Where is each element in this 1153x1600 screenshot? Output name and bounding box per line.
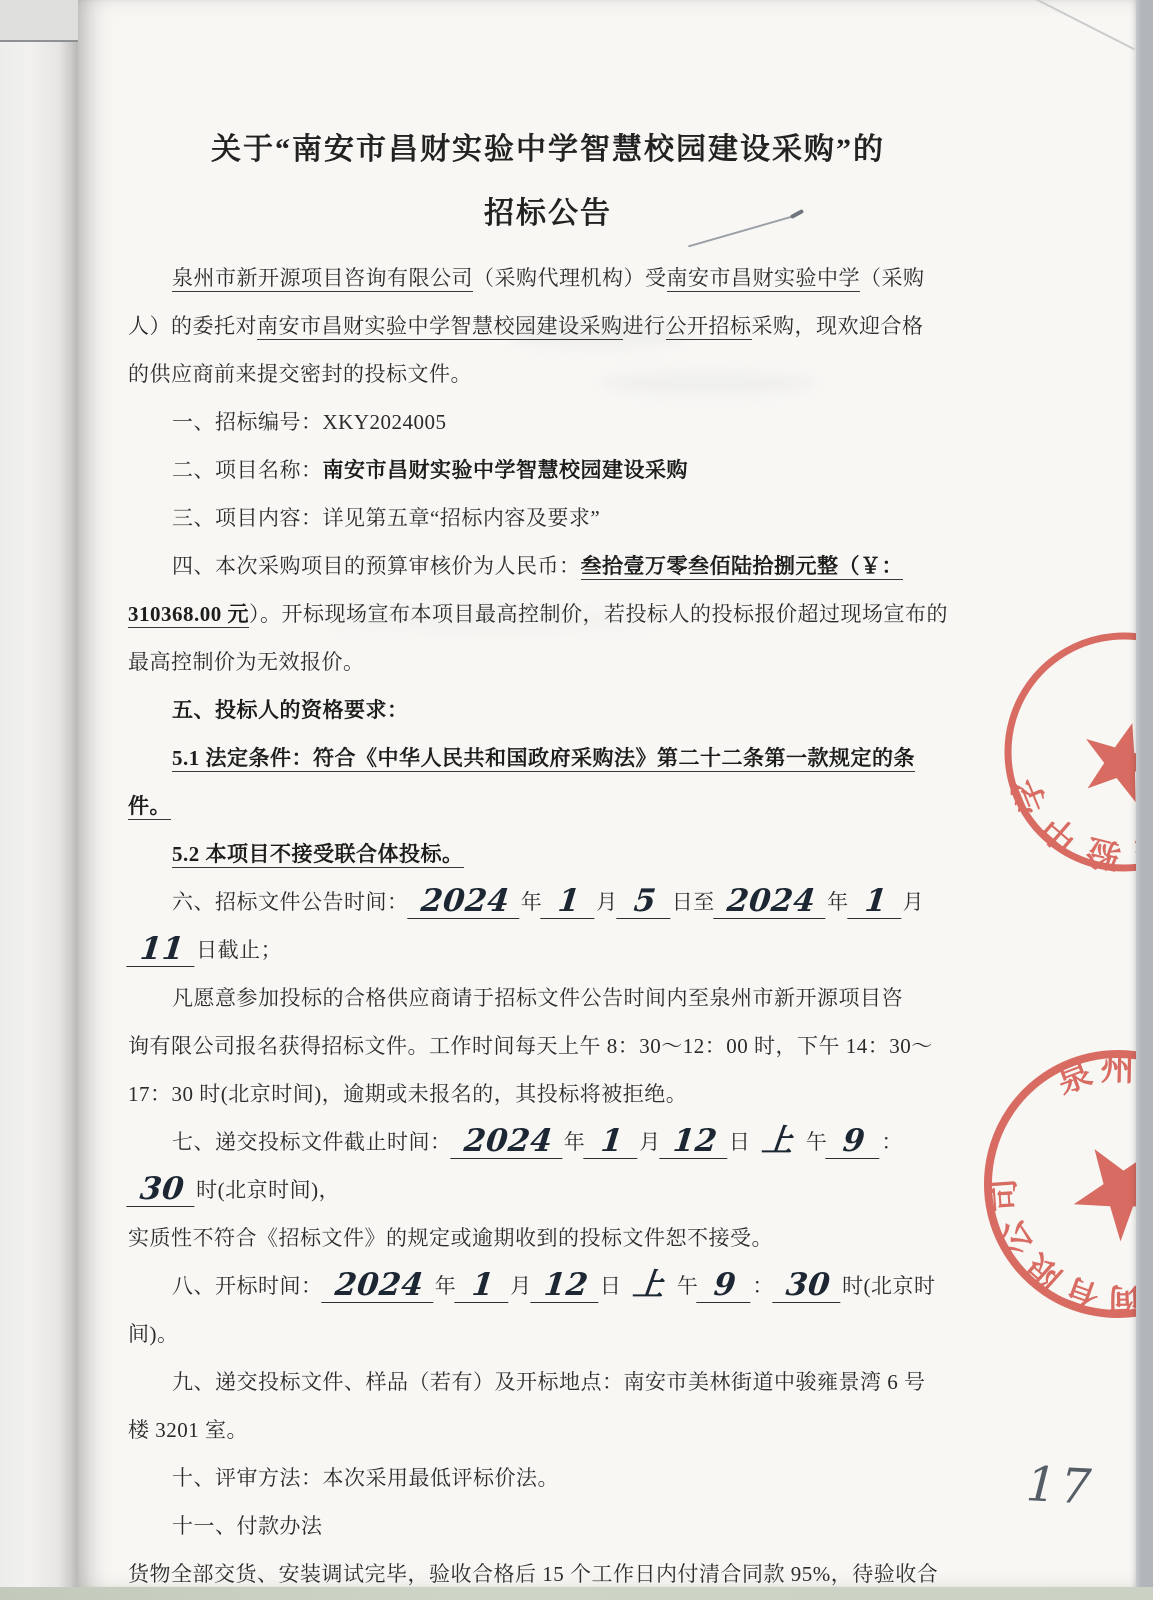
document-text: 关于“南安市昌财实验中学智慧校园建设采购”的 招标公告 泉州市新开源项目咨询有限… — [128, 118, 968, 1588]
paragraph: 十、评审方法：本次采用最低评标价法。 — [128, 1454, 968, 1502]
text-segment: 件。 — [128, 794, 171, 820]
paragraph: 件。 — [128, 782, 968, 830]
text-segment: 午 — [806, 1130, 828, 1154]
text-segment: 南安市昌财实验中学智慧校园建设采购 — [257, 314, 623, 340]
handwritten-entry: 9 — [826, 1126, 883, 1159]
paragraph: 九、递交投标文件、样品（若有）及开标地点：南安市美林街道中骏雍景湾 6 号 — [128, 1358, 968, 1406]
text-segment: 叁拾壹万零叁佰陆拾捌元整（￥： — [581, 554, 904, 580]
paragraph: 5.1 法定条件：符合《中华人民共和国政府采购法》第二十二条第一款规定的条 — [128, 734, 968, 782]
star-icon — [1073, 712, 1136, 806]
text-segment: 泉州市新开源项目咨询有限公司 — [172, 266, 473, 292]
text-segment: 最高控制价为无效报价。 — [128, 650, 365, 674]
paragraph: 七、递交投标文件截止时间：2024年1月12日上午9：30时(北京时间)， — [128, 1118, 968, 1214]
text-segment: 时(北京时间)， — [196, 1178, 340, 1202]
text-segment: 5.1 法定条件：符合《中华人民共和国政府采购法》第二十二条第一款规定的条 — [172, 746, 915, 772]
paragraph: 三、项目内容：详见第五章“招标内容及要求” — [128, 494, 968, 542]
text-segment: 十一、付款办法 — [172, 1514, 323, 1538]
handwritten-entry: 2024 — [450, 1126, 566, 1159]
handwritten-entry: 上 — [620, 1270, 679, 1302]
handwritten-entry: 2024 — [713, 886, 829, 919]
text-segment: 日 — [600, 1274, 622, 1298]
text-segment: 六、招标文件公告时间： — [172, 890, 409, 914]
scanned-document-page: 关于“南安市昌财实验中学智慧校园建设采购”的 招标公告 泉州市新开源项目咨询有限… — [78, 0, 1136, 1588]
paragraph: 楼 3201 室。 — [128, 1406, 968, 1454]
paragraph: 十一、付款办法 — [128, 1502, 968, 1550]
text-segment: 三、项目内容：详见第五章“招标内容及要求” — [172, 506, 600, 530]
text-segment: 310368.00 元 — [128, 602, 249, 628]
text-segment: 17：30 时(北京时间)，逾期或未报名的，其投标将被拒绝。 — [128, 1082, 687, 1106]
text-segment: 货物全部交货、安装调试完毕，验收合格后 15 个工作日内付清合同款 95%，待验… — [128, 1562, 938, 1586]
handwritten-entry: 2024 — [321, 1270, 437, 1303]
text-segment: 的供应商前来提交密封的投标文件。 — [128, 362, 472, 386]
paragraph: 凡愿意参加投标的合格供应商请于招标文件公告时间内至泉州市新开源项目咨 — [128, 974, 968, 1022]
text-segment: （采购 — [860, 266, 925, 290]
text-segment: 十、评审方法：本次采用最低评标价法。 — [172, 1466, 559, 1490]
text-segment: 进行 — [623, 314, 666, 338]
paragraph: 17：30 时(北京时间)，逾期或未报名的，其投标将被拒绝。 — [128, 1070, 968, 1118]
paragraph: 实质性不符合《招标文件》的规定或逾期收到的投标文件恕不接受。 — [128, 1214, 968, 1262]
underlying-page-top — [0, 0, 78, 40]
handwritten-entry: 1 — [847, 886, 904, 919]
text-segment: 九、递交投标文件、样品（若有）及开标地点：南安市美林街道中骏雍景湾 6 号 — [172, 1370, 926, 1394]
handwritten-entry: 9 — [697, 1270, 754, 1303]
text-segment: 实质性不符合《招标文件》的规定或逾期收到的投标文件恕不接受。 — [128, 1226, 773, 1250]
text-segment: 月 — [639, 1130, 661, 1154]
text-segment: 年 — [564, 1130, 586, 1154]
text-segment: （采购代理机构）受 — [473, 266, 667, 290]
handwritten-entry: 1 — [541, 886, 598, 919]
paragraph: 八、开标时间：2024年1月12日上午9：30时(北京时间)。 — [128, 1262, 968, 1358]
paragraph: 最高控制价为无效报价。 — [128, 638, 968, 686]
paragraph: 五、投标人的资格要求： — [128, 686, 968, 734]
text-segment: 八、开标时间： — [172, 1274, 323, 1298]
handwritten-entry: 1 — [455, 1270, 512, 1303]
text-segment: 询有限公司报名获得招标文件。工作时间每天上午 8：30～12：00 时，下午 1… — [128, 1034, 933, 1058]
text-segment: 月 — [596, 890, 618, 914]
text-segment: 年 — [435, 1274, 457, 1298]
text-segment: 月 — [903, 890, 925, 914]
text-segment: 年 — [521, 890, 543, 914]
paragraph: 二、项目名称：南安市昌财实验中学智慧校园建设采购 — [128, 446, 968, 494]
handwritten-entry: 30 — [772, 1270, 844, 1303]
official-seal-agency: 泉州市新开源项目咨询有限公司 — [970, 1036, 1136, 1332]
text-segment: 楼 3201 室。 — [128, 1418, 248, 1442]
handwritten-entry: 2024 — [407, 886, 523, 919]
paragraph: 泉州市新开源项目咨询有限公司（采购代理机构）受南安市昌财实验中学（采购 — [128, 254, 968, 302]
text-segment: 一、招标编号：XKY2024005 — [172, 410, 447, 434]
text-segment: 采购，现欢迎合格 — [752, 314, 924, 338]
handwritten-entry: 5 — [616, 886, 673, 919]
text-segment: 二、项目名称： — [172, 458, 323, 482]
page-stack-edge — [1136, 0, 1145, 1588]
handwritten-entry: 30 — [126, 1174, 198, 1207]
document-title-line1: 关于“南安市昌财实验中学智慧校园建设采购”的 — [128, 118, 968, 182]
scanner-bottom-strip — [0, 1587, 1153, 1600]
text-segment: 南安市昌财实验中学 — [667, 266, 861, 292]
text-segment: 四、本次采购项目的预算审核价为人民币： — [172, 554, 581, 578]
official-seal-purchaser: 南安市昌财实验中学 — [990, 618, 1136, 886]
text-segment: ）。开标现场宣布本项目最高控制价，若投标人的投标报价超过现场宣布的 — [249, 602, 948, 626]
paragraph: 六、招标文件公告时间：2024年1月5日至2024年1月11日截止； — [128, 878, 968, 974]
text-segment: 午 — [677, 1274, 699, 1298]
text-segment: 七、递交投标文件截止时间： — [172, 1130, 452, 1154]
text-segment: 南安市昌财实验中学智慧校园建设采购 — [323, 458, 689, 482]
text-segment: 日截止； — [196, 938, 282, 962]
star-icon — [1055, 1122, 1136, 1251]
handwritten-page-number: 17 — [1025, 1456, 1097, 1516]
handwritten-entry: 12 — [659, 1126, 731, 1159]
text-segment: 人）的委托对 — [128, 314, 257, 338]
text-segment: 公开招标 — [666, 314, 752, 340]
document-body: 泉州市新开源项目咨询有限公司（采购代理机构）受南安市昌财实验中学（采购人）的委托… — [128, 254, 968, 1588]
text-segment: 凡愿意参加投标的合格供应商请于招标文件公告时间内至泉州市新开源项目咨 — [172, 986, 903, 1010]
handwritten-entry: 上 — [749, 1126, 808, 1158]
text-segment: 日至 — [672, 890, 715, 914]
paragraph: 询有限公司报名获得招标文件。工作时间每天上午 8：30～12：00 时，下午 1… — [128, 1022, 968, 1070]
paragraph: 5.2 本项目不接受联合体投标。 — [128, 830, 968, 878]
text-segment: 5.2 本项目不接受联合体投标。 — [172, 842, 464, 868]
paragraph: 一、招标编号：XKY2024005 — [128, 398, 968, 446]
document-title-line2: 招标公告 — [128, 182, 968, 246]
paragraph: 的供应商前来提交密封的投标文件。 — [128, 350, 968, 398]
paragraph: 货物全部交货、安装调试完毕，验收合格后 15 个工作日内付清合同款 95%，待验… — [128, 1550, 968, 1588]
paragraph: 四、本次采购项目的预算审核价为人民币：叁拾壹万零叁佰陆拾捌元整（￥： — [128, 542, 968, 590]
text-segment: 日 — [729, 1130, 751, 1154]
underlying-page-edge-line — [0, 40, 78, 42]
underlying-page-edge — [0, 0, 80, 1588]
handwritten-entry: 11 — [126, 934, 198, 967]
text-segment: 月 — [510, 1274, 532, 1298]
text-segment: 五、投标人的资格要求： — [172, 698, 409, 722]
paragraph: 人）的委托对南安市昌财实验中学智慧校园建设采购进行公开招标采购，现欢迎合格 — [128, 302, 968, 350]
text-segment: 年 — [827, 890, 849, 914]
paragraph: 310368.00 元）。开标现场宣布本项目最高控制价，若投标人的投标报价超过现… — [128, 590, 968, 638]
handwritten-entry: 1 — [584, 1126, 641, 1159]
corner-fold-crease — [1027, 0, 1135, 50]
handwritten-entry: 12 — [530, 1270, 602, 1303]
text-segment: ： — [881, 1130, 903, 1154]
text-segment: ： — [752, 1274, 774, 1298]
